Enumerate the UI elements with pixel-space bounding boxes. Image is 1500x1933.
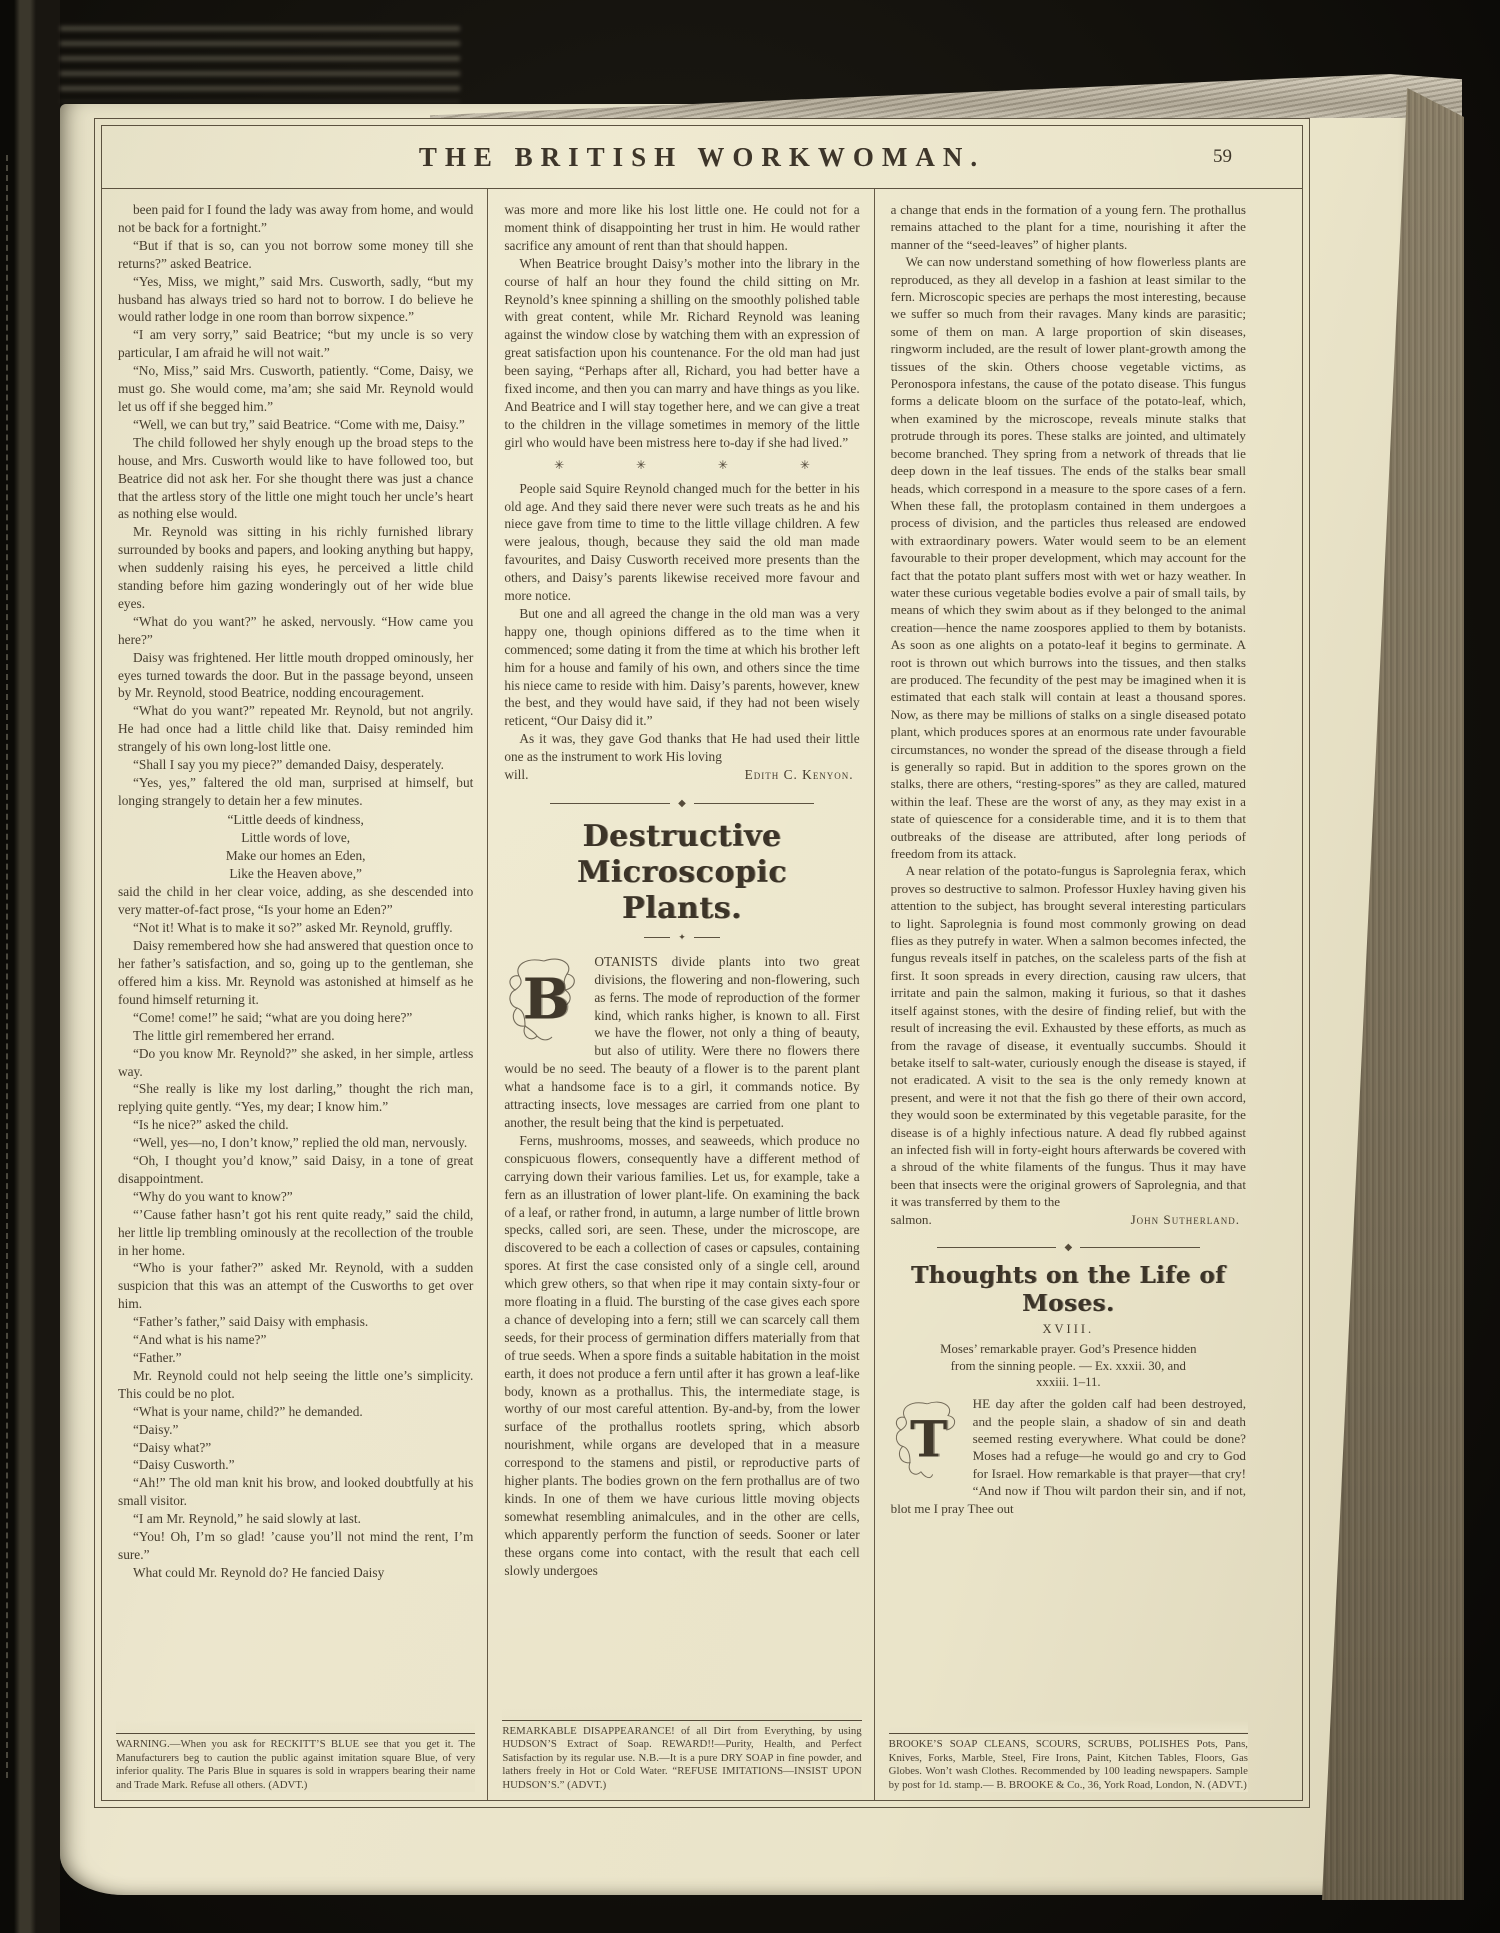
article-paragraph: We can now understand something of how f… — [891, 253, 1246, 862]
illuminated-drop-cap: T — [891, 1397, 967, 1483]
asterisk: ✳ — [636, 457, 646, 475]
story-paragraph: “Yes, Miss, we might,” said Mrs. Cuswort… — [118, 273, 473, 327]
story-paragraph: But one and all agreed the change in the… — [504, 605, 859, 730]
article-signature-line: salmon. John Sutherland. — [891, 1211, 1246, 1228]
story-paragraph: “No, Miss,” said Mrs. Cusworth, patientl… — [118, 362, 473, 416]
story-paragraph: Daisy remembered how she had answered th… — [118, 937, 473, 1009]
finial-ornament-icon: ✦ — [678, 929, 686, 947]
drop-cap-letter: T — [910, 1431, 947, 1448]
story-paragraph: “Is he nice?” asked the child. — [118, 1116, 473, 1134]
author-signature: John Sutherland. — [1131, 1211, 1246, 1228]
last-word: will. — [504, 766, 528, 784]
story-signature-line: will. Edith C. Kenyon. — [504, 766, 859, 784]
section-divider: ◆ — [550, 795, 813, 813]
story-paragraph: “Oh, I thought you’d know,” said Daisy, … — [118, 1152, 473, 1188]
story-paragraph: been paid for I found the lady was away … — [118, 201, 473, 237]
chapter-numeral: XVIII. — [891, 1321, 1246, 1338]
story-paragraph: “Daisy.” — [118, 1421, 473, 1439]
story-paragraph: “Well, we can but try,” said Beatrice. “… — [118, 416, 473, 434]
article-title-moses: Thoughts on the Life of Moses. — [899, 1262, 1238, 1318]
story-paragraph: “Why do you want to know?” — [118, 1188, 473, 1206]
article-paragraph: A near relation of the potato-fungus is … — [891, 862, 1246, 1210]
author-signature: Edith C. Kenyon. — [745, 766, 860, 784]
page-stack-top-edge — [430, 74, 1462, 118]
story-paragraph: Daisy was frightened. Her little mouth d… — [118, 649, 473, 703]
divider-ornament-icon: ◆ — [678, 795, 686, 813]
story-paragraph: “Do you know Mr. Reynold?” she asked, in… — [118, 1045, 473, 1081]
summary-line: Moses’ remarkable prayer. God’s Presence… — [891, 1341, 1246, 1358]
divider-ornament-icon: ◆ — [1064, 1239, 1072, 1256]
scanned-book-photo: THE BRITISH WORKWOMAN. 59 been paid for … — [0, 0, 1500, 1933]
article-lead-paragraph: T HE day after the golden calf had been … — [891, 1395, 1246, 1517]
story-paragraph: said the child in her clear voice, addin… — [118, 883, 473, 919]
story-paragraph: “Daisy what?” — [118, 1439, 473, 1457]
poem: “Little deeds of kindness,Little words o… — [118, 811, 473, 883]
article-paragraph: Ferns, mushrooms, mosses, and seaweeds, … — [504, 1132, 859, 1580]
story-paragraph: The little girl remembered her errand. — [118, 1027, 473, 1045]
story-paragraph: “But if that is so, can you not borrow s… — [118, 237, 473, 273]
drop-cap-letter: B — [523, 991, 570, 1009]
summary-line: from the sinning people. — Ex. xxxii. 30… — [891, 1358, 1246, 1375]
book-page: THE BRITISH WORKWOMAN. 59 been paid for … — [60, 104, 1406, 1895]
columns: been paid for I found the lady was away … — [102, 189, 1302, 1800]
story-paragraph: “Who is your father?” asked Mr. Reynold,… — [118, 1259, 473, 1313]
asterisk: ✳ — [554, 457, 564, 475]
column-2: was more and more like his lost little o… — [487, 189, 873, 1800]
article-lead-paragraph: B OTANISTS divide plants into two great … — [504, 953, 859, 1132]
story-paragraph: “Daisy Cusworth.” — [118, 1456, 473, 1474]
poem-line: Like the Heaven above,” — [118, 865, 473, 883]
story-paragraph: When Beatrice brought Daisy’s mother int… — [504, 255, 859, 452]
article-text: a change that ends in the formation of a… — [891, 201, 1246, 1211]
section-break-asterisks: ✳✳✳✳ — [554, 457, 810, 475]
poem-line: “Little deeds of kindness, — [118, 811, 473, 829]
story-paragraph: “I am Mr. Reynold,” he said slowly at la… — [118, 1510, 473, 1528]
story-text: been paid for I found the lady was away … — [118, 201, 473, 810]
advert-hudsons-soap: REMARKABLE DISAPPEARANCE! of all Dirt fr… — [502, 1720, 861, 1792]
story-paragraph: The child followed her shyly enough up t… — [118, 434, 473, 524]
story-text: said the child in her clear voice, addin… — [118, 883, 473, 1581]
column-1: been paid for I found the lady was away … — [102, 189, 487, 1800]
story-paragraph: “She really is like my lost darling,” th… — [118, 1080, 473, 1116]
story-paragraph: “Father’s father,” said Daisy with empha… — [118, 1313, 473, 1331]
asterisk: ✳ — [800, 457, 810, 475]
section-divider: ◆ — [937, 1239, 1200, 1256]
story-paragraph: “Ah!” The old man knit his brow, and loo… — [118, 1474, 473, 1510]
advert-text: BROOKE’S SOAP CLEANS, SCOURS, SCRUBS, PO… — [889, 1738, 1248, 1790]
story-paragraph: “Well, yes—no, I don’t know,” replied th… — [118, 1134, 473, 1152]
story-text: was more and more like his lost little o… — [504, 201, 859, 452]
story-paragraph: was more and more like his lost little o… — [504, 201, 859, 255]
page-edge-streaks — [60, 26, 460, 102]
summary-line: xxxiii. 1–11. — [891, 1374, 1246, 1391]
story-paragraph: “What do you want?” repeated Mr. Reynold… — [118, 702, 473, 756]
story-paragraph: What could Mr. Reynold do? He fancied Da… — [118, 1564, 473, 1582]
article-text: Ferns, mushrooms, mosses, and seaweeds, … — [504, 1132, 859, 1580]
printed-border-frame: THE BRITISH WORKWOMAN. 59 been paid for … — [94, 118, 1310, 1808]
advert-text: WARNING.—When you ask for RECKITT’S BLUE… — [116, 1738, 475, 1790]
story-paragraph: “Not it! What is to make it so?” asked M… — [118, 919, 473, 937]
advert-text: REMARKABLE DISAPPEARANCE! of all Dirt fr… — [502, 1725, 861, 1791]
story-paragraph: “I am very sorry,” said Beatrice; “but m… — [118, 326, 473, 362]
story-paragraph: “Come! come!” he said; “what are you doi… — [118, 1009, 473, 1027]
story-paragraph: Mr. Reynold could not help seeing the li… — [118, 1367, 473, 1403]
story-paragraph: “You! Oh, I’m so glad! ’cause you’ll not… — [118, 1528, 473, 1564]
advert-reckitts-blue: WARNING.—When you ask for RECKITT’S BLUE… — [116, 1733, 475, 1792]
story-paragraph: “Father.” — [118, 1349, 473, 1367]
story-paragraph: “And what is his name?” — [118, 1331, 473, 1349]
advert-brookes-soap: BROOKE’S SOAP CLEANS, SCOURS, SCRUBS, PO… — [889, 1733, 1248, 1792]
story-paragraph: “Shall I say you my piece?” demanded Dai… — [118, 756, 473, 774]
masthead: THE BRITISH WORKWOMAN. 59 — [102, 126, 1302, 189]
poem-line: Little words of love, — [118, 829, 473, 847]
story-paragraph: “What is your name, child?” he demanded. — [118, 1403, 473, 1421]
title-ornament: ✦ — [504, 929, 859, 947]
last-word: salmon. — [891, 1211, 932, 1228]
story-paragraph: As it was, they gave God thanks that He … — [504, 730, 859, 766]
story-text: People said Squire Reynold changed much … — [504, 480, 859, 767]
illuminated-drop-cap: B — [504, 955, 588, 1047]
story-paragraph: Mr. Reynold was sitting in his richly fu… — [118, 523, 473, 613]
chapter-summary: Moses’ remarkable prayer. God’s Presence… — [891, 1341, 1246, 1391]
asterisk: ✳ — [718, 457, 728, 475]
article-title-plants: Destructive Microscopic Plants. — [512, 819, 851, 927]
book-spine — [0, 0, 60, 1933]
story-paragraph: People said Squire Reynold changed much … — [504, 480, 859, 605]
story-paragraph: “Yes, yes,” faltered the old man, surpri… — [118, 774, 473, 810]
article-paragraph: a change that ends in the formation of a… — [891, 201, 1246, 253]
poem-line: Make our homes an Eden, — [118, 847, 473, 865]
column-3: a change that ends in the formation of a… — [874, 189, 1260, 1800]
masthead-title: THE BRITISH WORKWOMAN. — [419, 142, 985, 173]
story-paragraph: “’Cause father hasn’t got his rent quite… — [118, 1206, 473, 1260]
printed-border-inner: THE BRITISH WORKWOMAN. 59 been paid for … — [101, 125, 1303, 1801]
story-paragraph: “What do you want?” he asked, nervously.… — [118, 613, 473, 649]
page-number: 59 — [1213, 146, 1232, 168]
